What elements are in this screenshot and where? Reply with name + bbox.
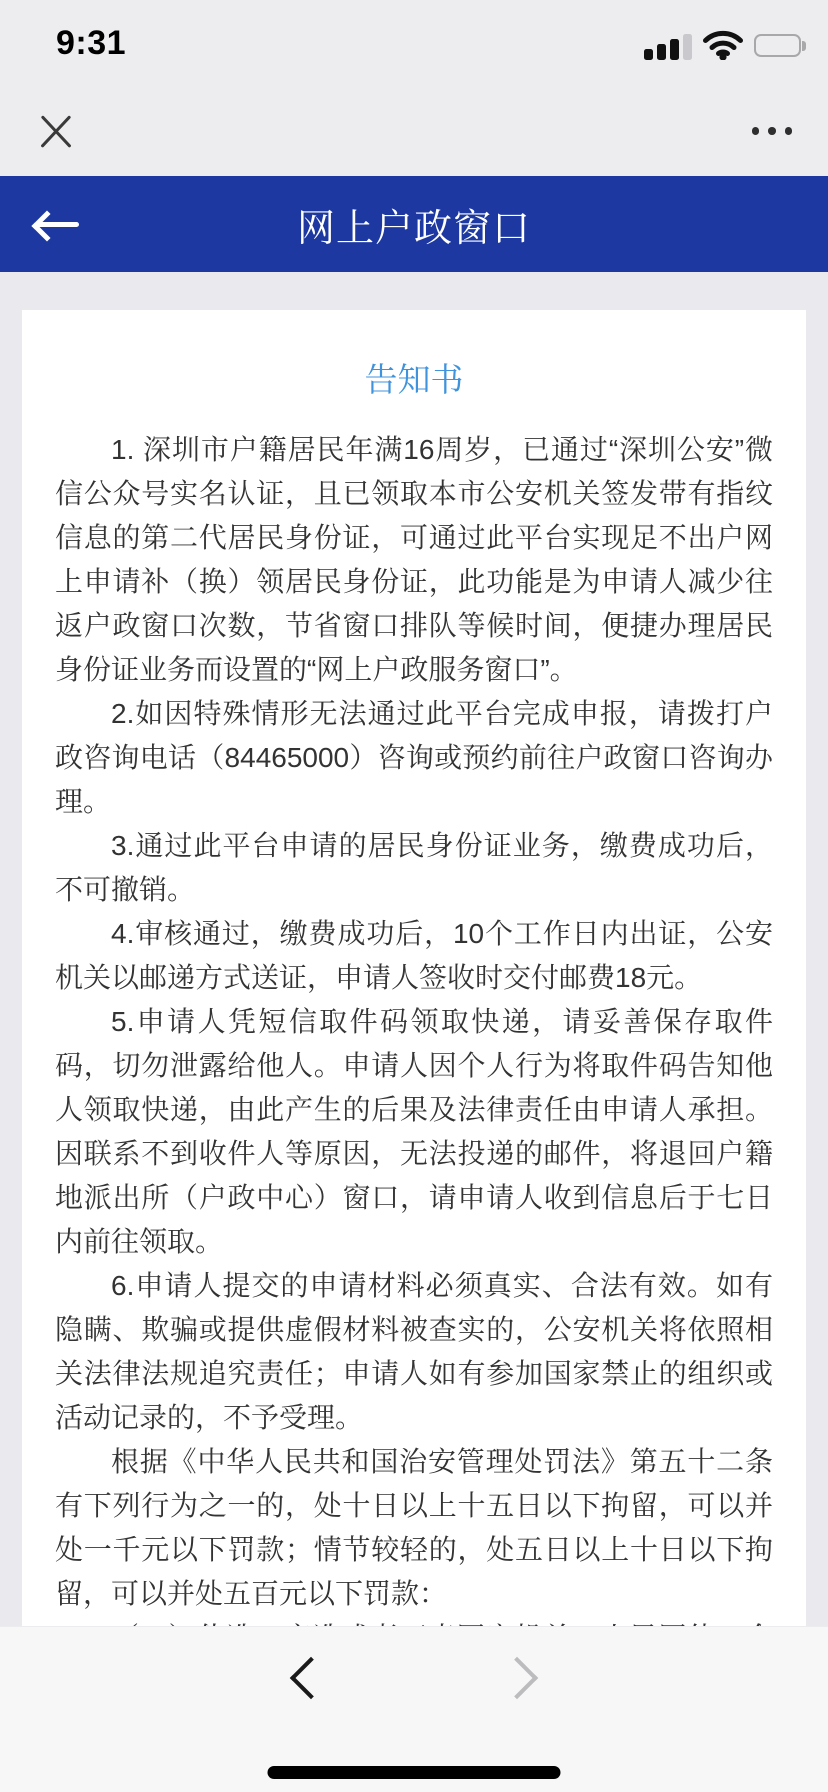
- chevron-right-icon: [496, 1657, 538, 1699]
- pager: [0, 1627, 828, 1693]
- page-title: 网上户政窗口: [297, 197, 531, 252]
- notice-paragraph: 3.通过此平台申请的居民身份证业务，缴费成功后，不可撤销。: [55, 824, 773, 912]
- notice-paragraph: 1. 深圳市户籍居民年满16周岁，已通过“深圳公安”微信公众号实名认证，且已领取…: [55, 428, 773, 692]
- wifi-icon: [702, 29, 744, 60]
- cellular-signal-icon: [644, 33, 692, 60]
- more-button[interactable]: [752, 116, 793, 146]
- ellipsis-icon: [752, 127, 793, 135]
- notice-paragraph: 6.申请人提交的申请材料必须真实、合法有效。如有隐瞒、欺骗或提供虚假材料被查实的…: [55, 1264, 773, 1440]
- pager-footer: [0, 1626, 828, 1792]
- top-chrome: 9:31: [0, 0, 828, 176]
- browser-toolbar: [0, 88, 828, 176]
- notice-paragraph: 5.申请人凭短信取件码领取快递，请妥善保存取件码，切勿泄露给他人。申请人因个人行…: [55, 1000, 773, 1264]
- status-icons: [644, 30, 807, 60]
- battery-icon: [754, 31, 807, 60]
- notice-paragraph: 4.审核通过，缴费成功后，10个工作日内出证，公安机关以邮递方式送证，申请人签收…: [55, 912, 773, 1000]
- notice-paragraph: 根据《中华人民共和国治安管理处罚法》第五十二条有下列行为之一的，处十日以上十五日…: [55, 1440, 773, 1616]
- page-header: 网上户政窗口: [0, 176, 828, 272]
- next-page-button[interactable]: [502, 1663, 532, 1693]
- notice-card: 告知书 1. 深圳市户籍居民年满16周岁，已通过“深圳公安”微信公众号实名认证，…: [22, 310, 806, 1627]
- chevron-left-icon: [290, 1657, 332, 1699]
- notice-title: 告知书: [55, 358, 773, 402]
- status-bar: 9:31: [0, 0, 828, 88]
- notice-paragraph: 2.如因特殊情形无法通过此平台完成申报，请拨打户政咨询电话（84465000）咨…: [55, 692, 773, 824]
- back-button[interactable]: [30, 203, 84, 245]
- clock-text: 9:31: [56, 24, 126, 63]
- prev-page-button[interactable]: [296, 1663, 326, 1693]
- home-indicator[interactable]: [268, 1766, 561, 1779]
- close-button[interactable]: [38, 114, 74, 150]
